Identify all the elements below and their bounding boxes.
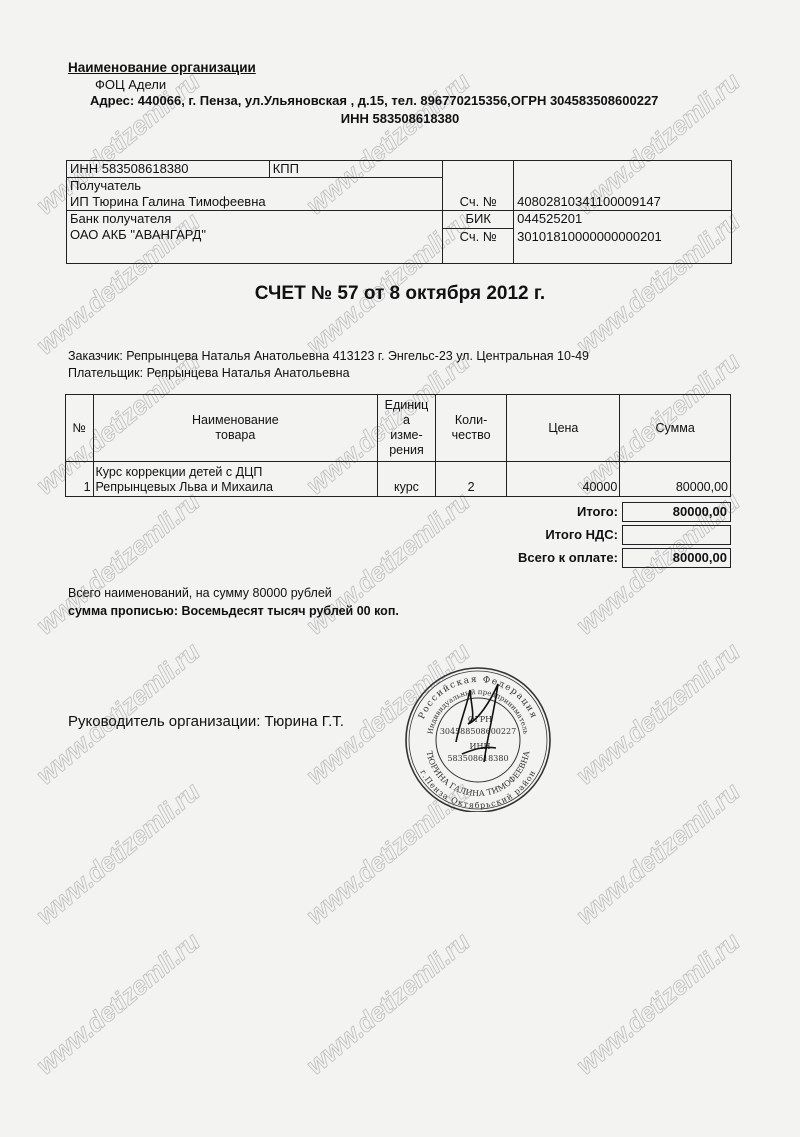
signature-line: Руководитель организации: Тюрина Г.Т. [68, 713, 344, 730]
svg-text:304588508600227: 304588508600227 [440, 727, 516, 736]
grand-total-row: Всего к оплате: 80000,00 [65, 546, 731, 569]
row-price: 40000 [507, 462, 620, 497]
total-label: Итого: [577, 504, 622, 519]
parties-block: Заказчик: Репрынцева Наталья Анатольевна… [68, 348, 589, 382]
account-label-cell-top [443, 161, 514, 178]
row-name-line2: Репрынцевых Льва и Михаила [96, 480, 377, 495]
col-unit-line2: а [379, 413, 434, 428]
col-unit-line3: изме- [379, 428, 434, 443]
grand-total-value: 80000,00 [622, 548, 731, 568]
customer-line: Заказчик: Репрынцева Наталья Анатольевна… [68, 348, 589, 365]
table-row: 1 Курс коррекции детей с ДЦП Репрынцевых… [66, 462, 731, 497]
bank-details-table: ИНН 583508618380 КПП Получатель ИП Тюрин… [66, 160, 732, 264]
col-unit-line1: Единиц [379, 398, 434, 413]
bank-cell: Банк получателя ОАО АКБ "АВАНГАРД" [67, 211, 443, 264]
col-unit-line4: рения [379, 443, 434, 458]
row-unit: курс [378, 462, 436, 497]
recipient-label: Получатель [70, 178, 439, 194]
recipient-cell: Получатель ИП Тюрина Галина Тимофеевна [67, 178, 443, 211]
total-row: Итого: 80000,00 [65, 500, 731, 523]
org-heading: Наименование организации [68, 60, 256, 75]
account-label: Сч. № [443, 178, 514, 211]
items-header-row: № Наименование товара Единиц а изме- рен… [66, 395, 731, 462]
svg-text:583508618380: 583508618380 [447, 754, 508, 763]
col-name-line2: товара [95, 428, 377, 443]
row-qty: 2 [435, 462, 507, 497]
account-number: 40802810341100009147 [514, 178, 732, 211]
bank-name: ОАО АКБ "АВАНГАРД" [70, 227, 439, 243]
vat-row: Итого НДС: [65, 523, 731, 546]
seal-stamp-icon: Российская Федерация Индивидуальный пред… [398, 662, 558, 812]
col-name: Наименование товара [93, 395, 378, 462]
summary-words: сумма прописью: Восемьдесят тысяч рублей… [68, 602, 399, 620]
org-address: Адрес: 440066, г. Пенза, ул.Ульяновская … [90, 93, 658, 108]
total-value: 80000,00 [622, 502, 731, 522]
vat-label: Итого НДС: [545, 527, 622, 542]
row-sum: 80000,00 [620, 462, 731, 497]
col-price: Цена [507, 395, 620, 462]
summary-count: Всего наименований, на сумму 80000 рубле… [68, 584, 399, 602]
org-inn: ИНН 583508618380 [0, 111, 800, 126]
bank-inn: ИНН 583508618380 [67, 161, 270, 178]
recipient-name: ИП Тюрина Галина Тимофеевна [70, 194, 439, 210]
grand-total-label: Всего к оплате: [518, 550, 622, 565]
summary-block: Всего наименований, на сумму 80000 рубле… [68, 584, 399, 620]
bank-label: Банк получателя [70, 211, 439, 227]
payer-line: Плательщик: Репрынцева Наталья Анатольев… [68, 365, 589, 382]
account-value-cell-top [514, 161, 732, 178]
corr-account-value: 30101810000000000201 [514, 229, 732, 264]
vat-value [622, 525, 731, 545]
col-num: № [66, 395, 94, 462]
totals-block: Итого: 80000,00 Итого НДС: Всего к оплат… [65, 500, 731, 569]
bik-value: 044525201 [514, 211, 732, 229]
col-qty-line2: чество [437, 428, 506, 443]
row-name-line1: Курс коррекции детей с ДЦП [96, 465, 377, 480]
col-sum: Сумма [620, 395, 731, 462]
col-name-line1: Наименование [95, 413, 377, 428]
col-qty-line1: Коли- [437, 413, 506, 428]
col-unit: Единиц а изме- рения [378, 395, 436, 462]
bank-kpp-label: КПП [269, 161, 443, 178]
corr-account-label: Сч. № [443, 229, 514, 264]
bik-label: БИК [443, 211, 514, 229]
col-qty: Коли- чество [435, 395, 507, 462]
items-table: № Наименование товара Единиц а изме- рен… [65, 394, 731, 497]
org-name: ФОЦ Адели [95, 77, 166, 92]
org-inn-text: ИНН 583508618380 [341, 111, 460, 126]
invoice-title: СЧЕТ № 57 от 8 октября 2012 г. [0, 283, 800, 305]
row-name: Курс коррекции детей с ДЦП Репрынцевых Л… [93, 462, 378, 497]
row-num: 1 [66, 462, 94, 497]
